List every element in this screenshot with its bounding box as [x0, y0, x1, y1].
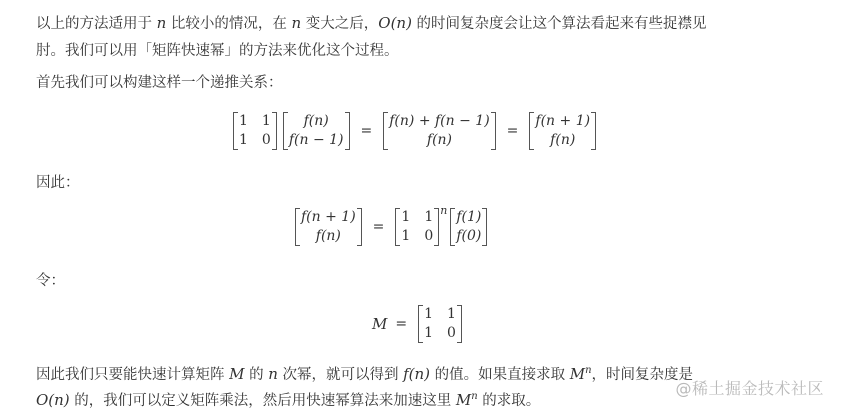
text: 变大之后， [301, 16, 378, 32]
watermark: @稀土掘金技术社区 [675, 376, 824, 399]
text: 的求取。 [478, 393, 541, 409]
text: 的时间复杂度会让这个算法看起来有些捉襟见 [412, 16, 707, 32]
cell: f(n) + f(n − 1) [389, 112, 489, 131]
paragraph-intro-line2: 肘。我们可以用「矩阵快速幂」的方法来优化这个过程。 [36, 38, 399, 64]
math-m: M [372, 315, 387, 333]
math-m: M [229, 365, 244, 383]
cell: 1 [447, 305, 456, 324]
cell: f(n + 1) [301, 208, 356, 227]
paragraph-conclusion-line2: O(n) 的，我们可以定义矩阵乘法，然后用快速幂算法来加速这里 Mn 的求取。 [36, 384, 540, 414]
cell: f(n) [427, 131, 452, 150]
vector: f(n)f(n − 1) [283, 112, 350, 150]
cell: 1 [401, 208, 410, 227]
text: 因此我们只要能快速计算矩阵 [36, 367, 229, 383]
matrix: 11 10 [418, 305, 462, 343]
math-fn: f(n) [403, 365, 430, 383]
math-n: n [157, 14, 167, 32]
cell: f(n − 1) [289, 131, 344, 150]
cell: 0 [424, 227, 433, 246]
cell: 1 [262, 112, 271, 131]
matrix: 11 10 [233, 112, 277, 150]
paragraph-recurrence: 首先我们可以构建这样一个递推关系： [36, 70, 283, 96]
math-n: n [268, 365, 278, 383]
math-m: M [456, 391, 471, 409]
cell: 0 [262, 131, 271, 150]
cell: 1 [401, 227, 410, 246]
equation-define-m: M = 11 10 [372, 305, 465, 343]
matrix: 11 10 [395, 208, 439, 246]
equals-sign: = [373, 219, 385, 235]
math-big-o: O(n) [36, 391, 70, 409]
text: 的 [244, 367, 268, 383]
math-n: n [292, 14, 302, 32]
paragraph-intro-line1: 以上的方法适用于 n 比较小的情况，在 n 变大之后，O(n) 的时间复杂度会让… [36, 10, 707, 37]
cell: 1 [424, 305, 433, 324]
vector: f(n + 1)f(n) [529, 112, 596, 150]
equation-matrix-power: f(n + 1)f(n) = 11 10 n f(1)f(0) [292, 208, 490, 246]
cell: f(n) [304, 112, 329, 131]
text: 的值。如果直接求取 [430, 367, 570, 383]
vector: f(1)f(0) [450, 208, 487, 246]
vector: f(n) + f(n − 1)f(n) [383, 112, 495, 150]
cell: f(0) [456, 227, 481, 246]
exponent: n [440, 204, 447, 217]
text: 比较小的情况，在 [166, 16, 291, 32]
text: 次幂，就可以得到 [278, 367, 403, 383]
paragraph-therefore: 因此： [36, 170, 80, 196]
equals-sign: = [361, 123, 373, 139]
cell: f(n + 1) [535, 112, 590, 131]
cell: 1 [239, 112, 248, 131]
cell: 1 [424, 208, 433, 227]
equals-sign: = [395, 316, 407, 332]
equals-sign: = [507, 123, 519, 139]
vector: f(n + 1)f(n) [295, 208, 362, 246]
equation-recurrence: 11 10 f(n)f(n − 1) = f(n) + f(n − 1)f(n)… [230, 112, 599, 150]
cell: f(n) [550, 131, 575, 150]
cell: f(1) [456, 208, 481, 227]
cell: f(n) [316, 227, 341, 246]
text: 以上的方法适用于 [36, 16, 157, 32]
text: 的，我们可以定义矩阵乘法，然后用快速幂算法来加速这里 [70, 393, 456, 409]
math-m: M [570, 365, 585, 383]
paragraph-let: 令： [36, 268, 65, 294]
math-big-o: O(n) [378, 14, 412, 32]
cell: 1 [239, 131, 248, 150]
cell: 1 [424, 324, 433, 343]
cell: 0 [447, 324, 456, 343]
